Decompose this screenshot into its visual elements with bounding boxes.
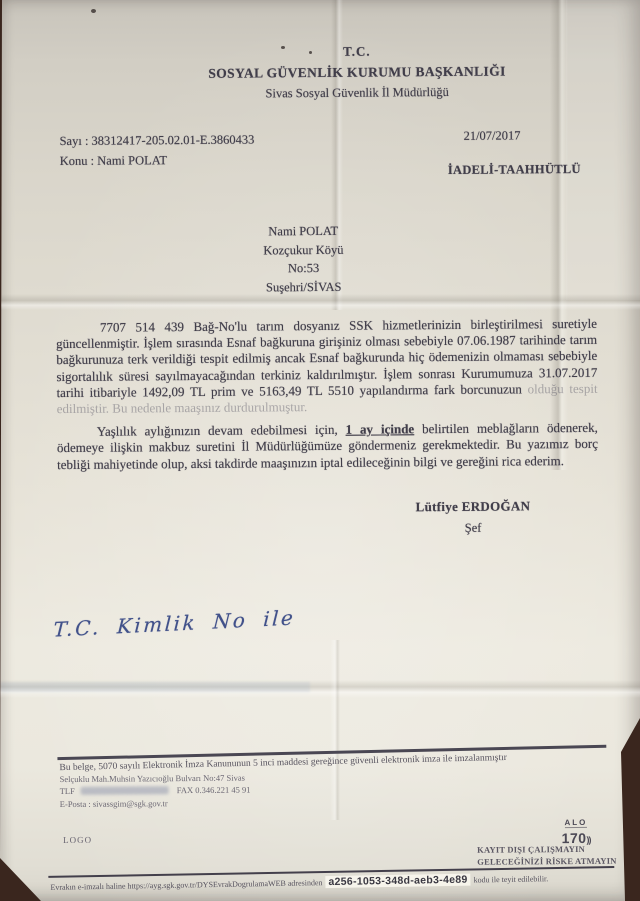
campaign-slogan: KAYIT DIŞI ÇALIŞMAYIN GELECEĞİNİZİ RİSKE…	[477, 843, 617, 868]
verify-text-pre: Evrakın e-imzalı haline https://ayg.sgk.…	[50, 878, 322, 892]
campaign-line-1: KAYIT DIŞI ÇALIŞMAYIN	[477, 843, 616, 856]
sayi-line: Sayı : 38312417-205.02.01-E.3860433	[59, 130, 254, 152]
letterhead-office: Sivas Sosyal Güvenlik İl Müdürlüğü	[107, 84, 607, 103]
fax-number: FAX 0.346.221 45 91	[177, 785, 251, 796]
tlf-label: TLF	[60, 786, 75, 796]
recipient-village: Kozçukur Köyü	[210, 240, 396, 260]
signer-title: Şef	[386, 520, 561, 536]
reference-block: Sayı : 38312417-205.02.01-E.3860433 Konu…	[59, 130, 254, 172]
e-signature-legal-text: Bu belge, 5070 sayılı Elektronik İmza Ka…	[59, 751, 607, 773]
document-paper: T.C. SOSYAL GÜVENLİK KURUMU BAŞKANLIĞI S…	[0, 0, 640, 901]
body-paragraph-2: Yaşlılık aylığınızın devam edebilmesi iç…	[57, 420, 598, 473]
redacted-phone	[81, 786, 169, 795]
logo-placeholder: LOGO	[63, 835, 92, 845]
paragraph-2-text-a: Yaşlılık aylığınızın devam edebilmesi iç…	[97, 422, 346, 439]
paragraph-2-deadline: 1 ay içinde	[346, 421, 415, 437]
recipient-address: Nami POLAT Kozçukur Köyü No:53 Suşehri/S…	[210, 221, 397, 296]
signature-block: Lütfiye ERDOĞAN Şef	[385, 498, 560, 536]
recipient-number: No:53	[210, 258, 396, 278]
email-line: E-Posta : sivassgim@sgk.gov.tr	[60, 798, 168, 809]
konu-line: Konu : Nami POLAT	[60, 150, 255, 172]
signer-name: Lütfiye ERDOĞAN	[385, 498, 560, 515]
recipient-name: Nami POLAT	[210, 221, 396, 241]
phone-fax-line: TLFFAX 0.346.221 45 91	[60, 785, 251, 796]
letterhead-institution: SOSYAL GÜVENLİK KURUMU BAŞKANLIĞI	[107, 63, 607, 83]
recipient-district: Suşehri/SİVAS	[211, 277, 397, 297]
verification-code: a256-1053-348d-aeb3-4e89	[325, 874, 470, 889]
paragraph-1-text: 7707 514 439 Bağ-No'lu tarım dosyanız SS…	[56, 316, 597, 400]
alo-logo-text: ALO	[564, 818, 587, 828]
body-paragraph-1: 7707 514 439 Bağ-No'lu tarım dosyanız SS…	[56, 316, 598, 417]
office-address: Selçuklu Mah.Muhsin Yazıcıoğlu Bulvarı N…	[60, 773, 245, 784]
document-date: 21/07/2017	[463, 128, 520, 143]
delivery-type: İADELİ-TAAHHÜTLÜ	[448, 162, 581, 178]
verify-text-post: kodu ile teyit edilebilir.	[474, 874, 549, 884]
letterhead-tc: T.C.	[107, 42, 607, 62]
handwritten-note: T.C. Kimlik No ile	[53, 605, 314, 642]
letterhead: T.C. SOSYAL GÜVENLİK KURUMU BAŞKANLIĞI S…	[107, 42, 607, 103]
